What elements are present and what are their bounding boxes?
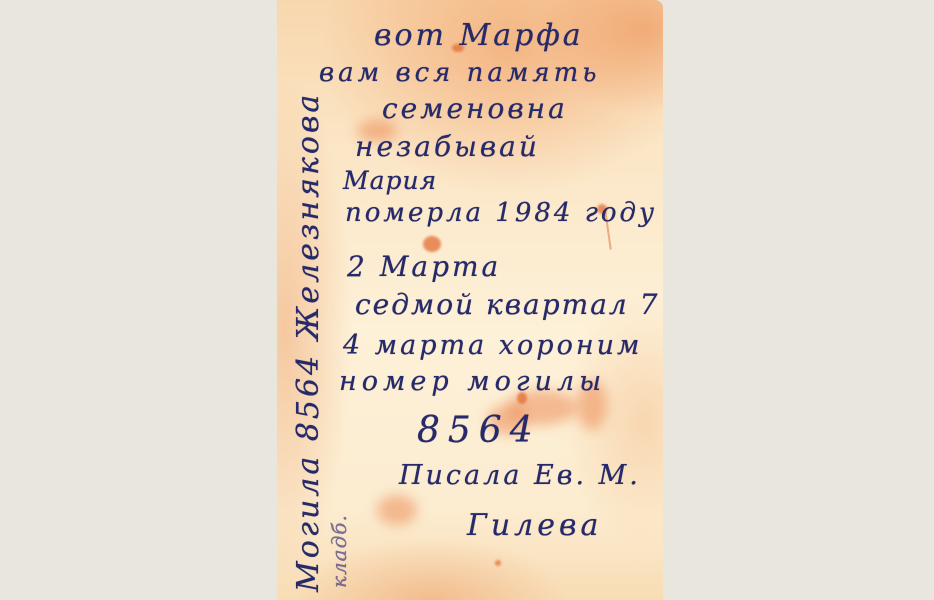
stain <box>377 495 417 525</box>
signature-surname: Гилева <box>467 508 602 543</box>
margin-note: кладб. <box>327 514 351 588</box>
margin-vertical-text: Могила 8564 Железнякова <box>291 92 326 592</box>
signature-line: Писала Ев. М. <box>399 460 641 491</box>
stain <box>495 560 501 566</box>
grave-number: 8564 <box>417 410 541 451</box>
postcard: вот Марфа вам вся память семеновна незаб… <box>277 0 663 600</box>
handwritten-line: вот Марфа <box>374 18 584 53</box>
handwritten-line: седмой квартал 7 <box>355 288 659 321</box>
handwritten-line: Мария <box>343 166 437 195</box>
handwritten-line: семеновна <box>382 92 568 125</box>
handwritten-line: вам вся память <box>319 58 600 88</box>
scan-background: вот Марфа вам вся память семеновна незаб… <box>0 0 934 600</box>
handwritten-line: померла 1984 году <box>345 198 657 228</box>
handwritten-line: незабывай <box>355 130 540 163</box>
handwritten-line: номер могилы <box>339 366 606 397</box>
handwritten-line: 2 Марта <box>347 250 501 283</box>
handwritten-line: 4 марта хороним <box>343 330 642 361</box>
